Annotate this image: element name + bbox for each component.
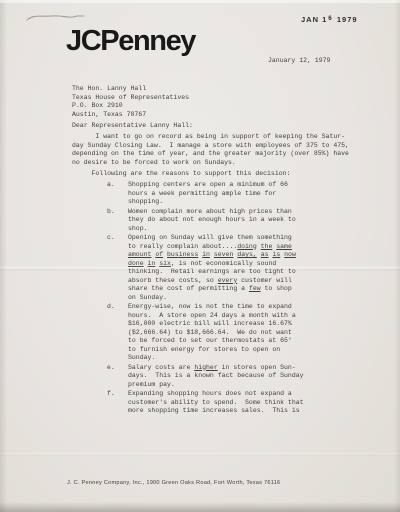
paper-edge-highlight bbox=[0, 0, 400, 3]
salutation: Dear Representative Lanny Hall: bbox=[72, 122, 193, 131]
list-item-text: Shopping centers are open a minimum of 6… bbox=[128, 181, 288, 207]
paper-edge-shadow bbox=[0, 0, 7, 512]
list-item: e. Salary costs are higher in stores ope… bbox=[107, 364, 347, 390]
list-item-text: Salary costs are higher in stores open S… bbox=[128, 364, 304, 390]
list-item-label: a. bbox=[107, 181, 128, 207]
reasons-list: a. Shopping centers are open a minimum o… bbox=[107, 181, 347, 417]
list-item-text: Energy-wise, now is not the time to expa… bbox=[128, 303, 296, 363]
letterhead-footer-address: J. C. Penney Company, Inc., 1900 Green O… bbox=[67, 480, 280, 486]
recipient-address-block: The Hon. Lanny Hall Texas House of Repre… bbox=[72, 85, 189, 119]
crease-line bbox=[0, 452, 400, 456]
paper-edge-shadow bbox=[0, 502, 400, 512]
paper-edge-shadow bbox=[394, 0, 400, 512]
stamp-text-day: 6 bbox=[328, 15, 333, 22]
pencil-mark bbox=[24, 11, 88, 25]
list-item: a. Shopping centers are open a minimum o… bbox=[107, 181, 347, 207]
list-item-label: e. bbox=[107, 364, 128, 390]
list-item-label: b. bbox=[107, 208, 128, 234]
letter-date: January 12, 1979 bbox=[268, 57, 330, 66]
list-item-label: d. bbox=[107, 303, 128, 363]
stamp-text-left: JAN 1 bbox=[301, 15, 327, 24]
stamp-text-year: 1979 bbox=[337, 15, 358, 24]
list-item: b. Women complain more about high prices… bbox=[107, 208, 347, 234]
received-date-stamp: JAN 16 1979 bbox=[301, 15, 358, 24]
list-item-label: f. bbox=[107, 390, 128, 416]
reasons-intro-line: Following are the reasons to support thi… bbox=[72, 170, 290, 179]
list-item: d. Energy-wise, now is not the time to e… bbox=[107, 303, 347, 363]
jcpenney-logo: JCPenney bbox=[66, 25, 195, 58]
scanned-letter-page: JAN 16 1979 JCPenney January 12, 1979 Th… bbox=[0, 0, 400, 512]
list-item-text: Expanding shopping hours does not expand… bbox=[128, 390, 304, 416]
crease-line bbox=[0, 266, 400, 271]
list-item-text: Women complain more about high prices th… bbox=[128, 208, 296, 234]
opening-paragraph: I want to go on record as being in suppo… bbox=[72, 133, 349, 167]
list-item: f. Expanding shopping hours does not exp… bbox=[107, 390, 347, 416]
